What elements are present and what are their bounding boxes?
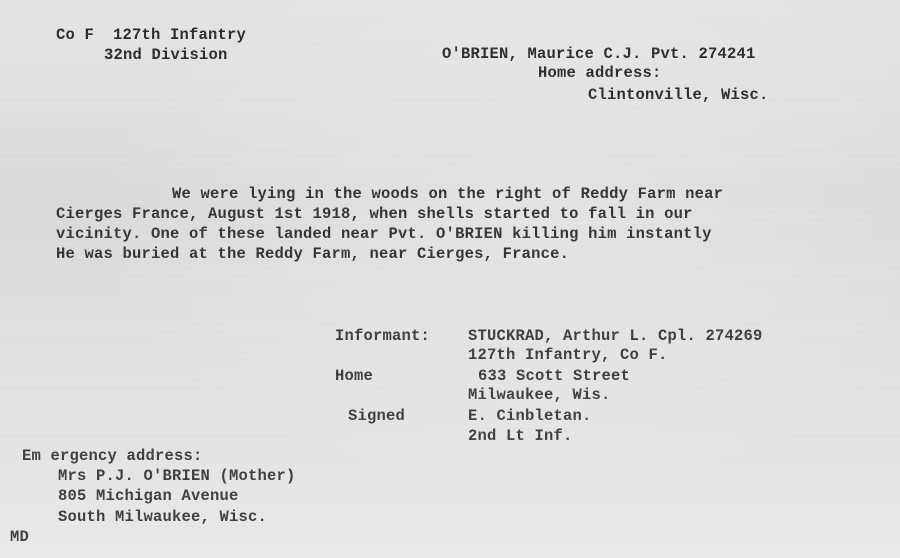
informant-unit: 127th Infantry, Co F. — [468, 346, 668, 364]
emergency-name: Mrs P.J. O'BRIEN (Mother) — [58, 467, 296, 485]
emergency-city: South Milwaukee, Wisc. — [58, 508, 267, 526]
signed-label: Signed — [348, 407, 405, 425]
unit-line: Co F 127th Infantry — [56, 26, 246, 44]
statement-line: He was buried at the Reddy Farm, near Ci… — [56, 245, 569, 263]
signer-name: E. Cinbletan. — [468, 407, 592, 425]
informant-name: STUCKRAD, Arthur L. Cpl. 274269 — [468, 327, 763, 345]
document-page: Co F 127th Infantry 32nd Division O'BRIE… — [0, 0, 900, 558]
statement-line: Cierges France, August 1st 1918, when sh… — [56, 205, 693, 223]
informant-label: Informant: — [335, 327, 430, 345]
home-label: Home — [335, 367, 373, 385]
statement-line: vicinity. One of these landed near Pvt. … — [56, 225, 712, 243]
statement-line: We were lying in the woods on the right … — [172, 185, 723, 203]
home-address-label: Home address: — [538, 64, 662, 82]
initials: MD — [10, 528, 29, 546]
home-address: Clintonville, Wisc. — [588, 86, 769, 104]
signer-rank: 2nd Lt Inf. — [468, 427, 573, 445]
division-line: 32nd Division — [104, 46, 228, 64]
soldier-name: O'BRIEN, Maurice C.J. Pvt. 274241 — [442, 45, 756, 63]
informant-street: 633 Scott Street — [478, 367, 630, 385]
emergency-label: Em ergency address: — [22, 447, 203, 465]
informant-city: Milwaukee, Wis. — [468, 386, 611, 404]
emergency-street: 805 Michigan Avenue — [58, 487, 239, 505]
